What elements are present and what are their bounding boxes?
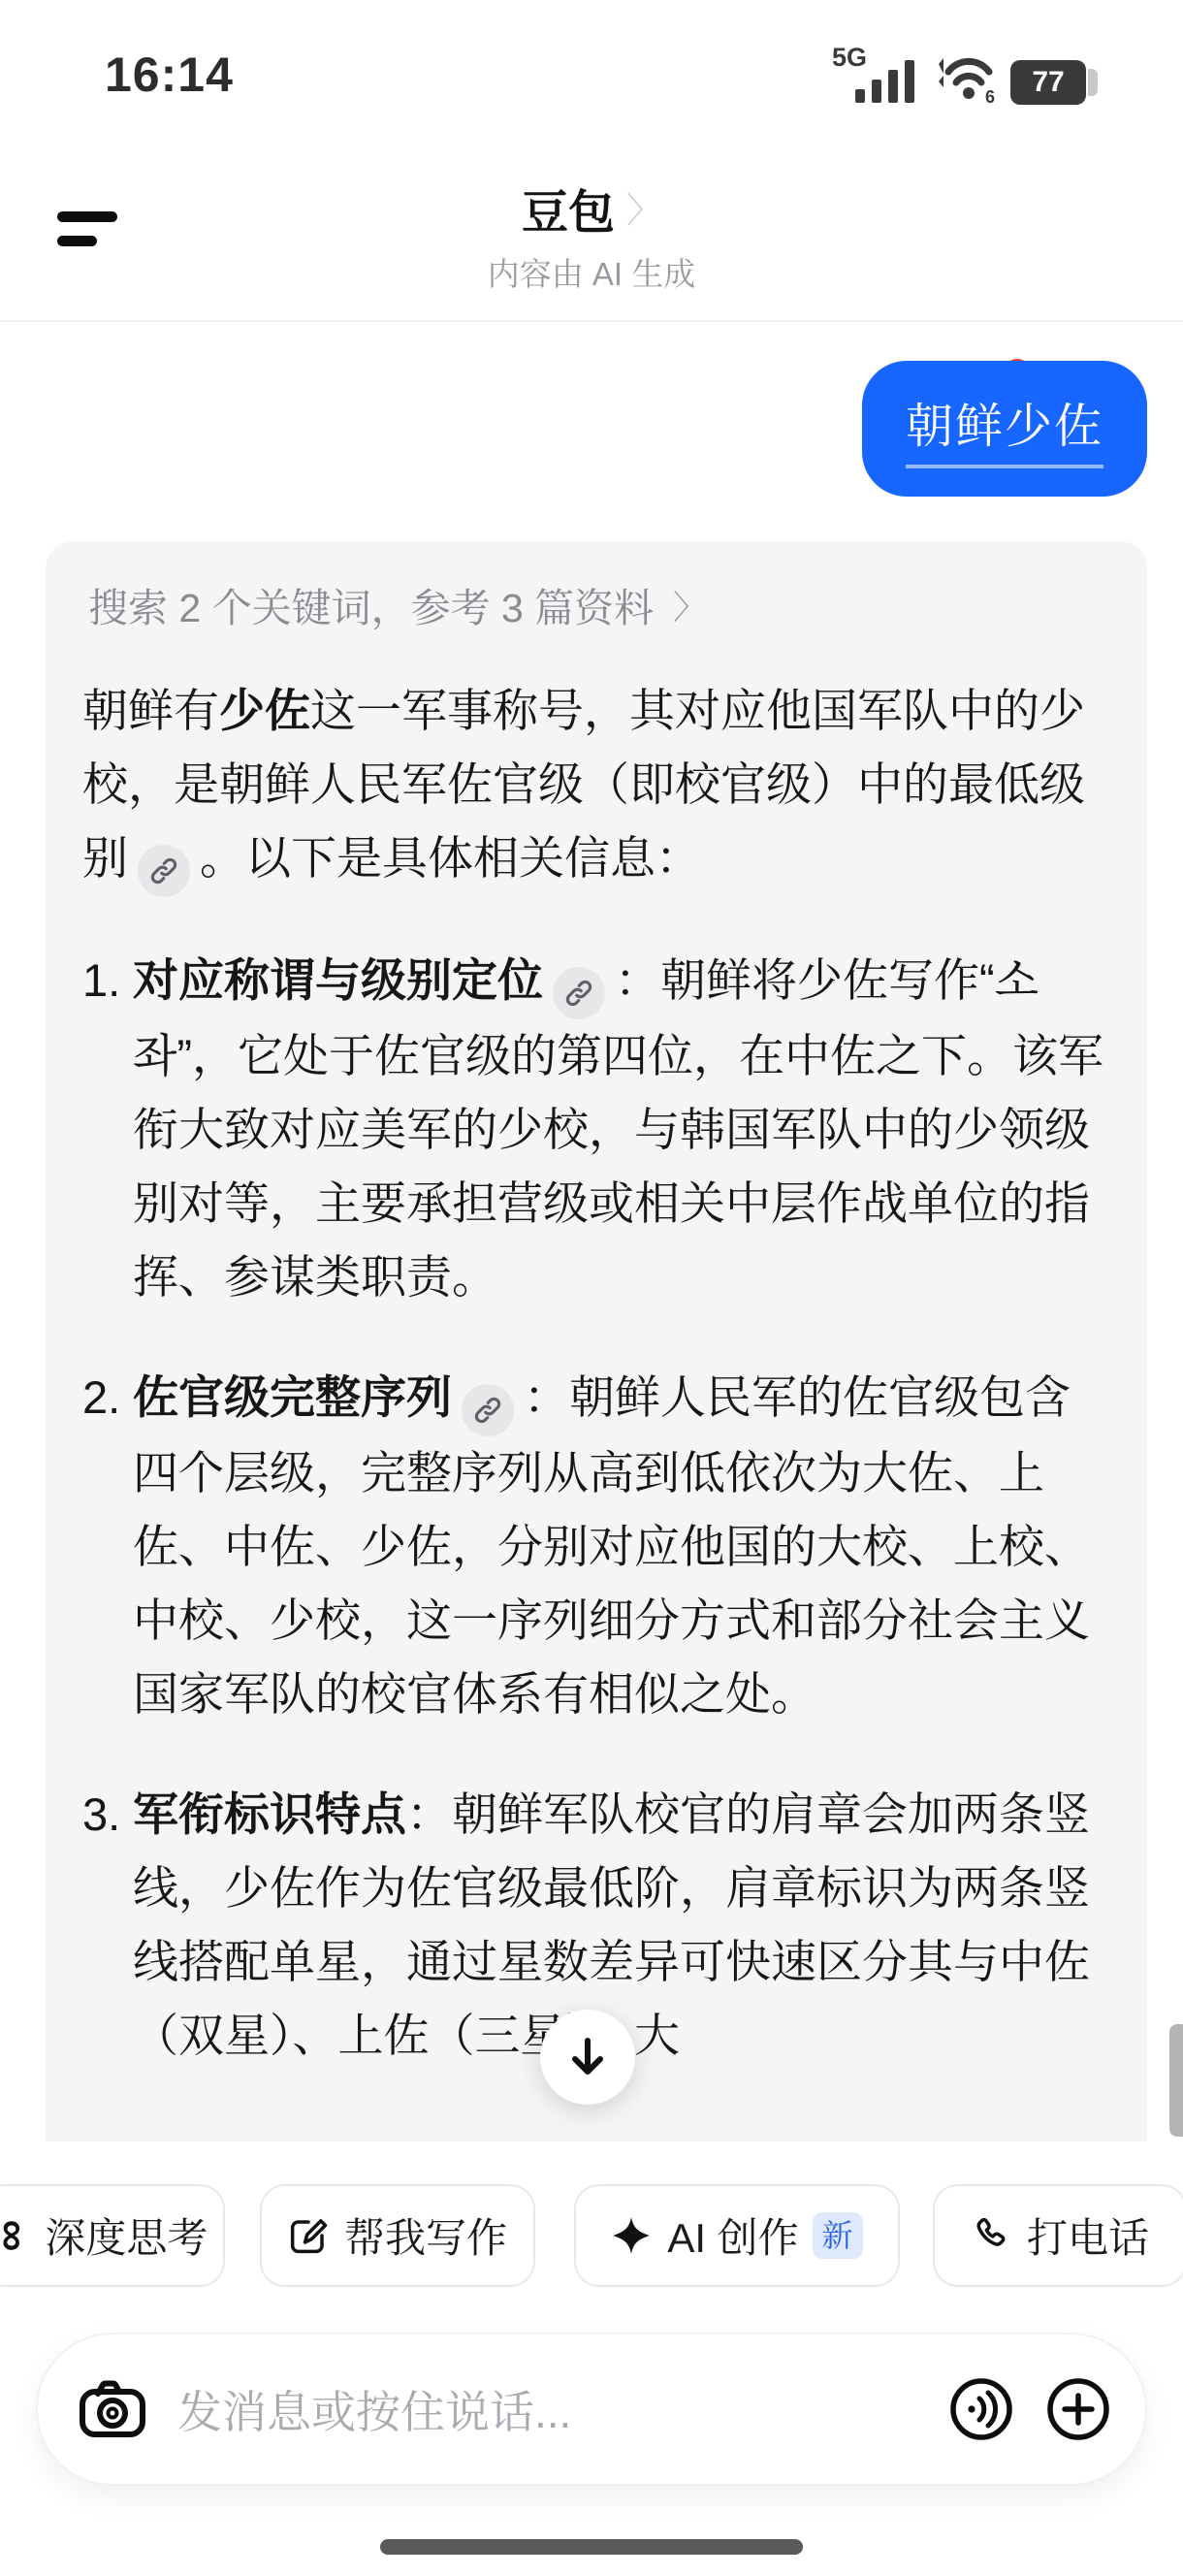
scrollbar-thumb[interactable] [1169,2024,1183,2137]
menu-icon[interactable] [57,211,117,246]
make-call-chip[interactable]: 打电话 [933,2184,1183,2287]
ai-create-chip[interactable]: AI 创作 新 [574,2184,900,2287]
cellular-signal-icon: 5G [832,45,915,105]
citation-link-icon[interactable] [462,1384,514,1436]
help-me-write-chip[interactable]: 帮我写作 [260,2184,535,2287]
answer-list: 1. 对应称谓与级别定位：朝鲜将少佐写作“소좌”，它处于佐官级的第四位，在中佐之… [82,944,1106,2073]
user-message-text: 朝鲜少佐 [906,389,1103,468]
intro-paragraph: 朝鲜有少佐这一军事称号，其对应他国军队中的少校，是朝鲜人民军佐官级（即校官级）中… [82,674,1106,897]
item-number: 1. [82,944,133,1314]
intro-bold: 少佐 [219,685,310,736]
status-bar: 16:14 5G 6 77 [0,41,1183,109]
header-title-block[interactable]: 豆包 〉 内容由 AI 生成 [488,175,696,295]
search-summary-row[interactable]: 搜索 2 个关键词，参考 3 篇资料 〉 [88,576,1106,633]
list-item: 2. 佐官级完整序列：朝鲜人民军的佐官级包含四个层级，完整序列从高到低依次为大佐… [82,1361,1106,1731]
camera-icon[interactable] [77,2378,148,2440]
message-input-placeholder[interactable]: 发消息或按住说话... [177,2377,918,2441]
item-title: 军衔标识特点 [133,1788,406,1840]
sparkle-icon [611,2215,652,2256]
quick-action-toolbar: ∞ 深度思考 帮我写作 AI 创作 新 打电话 [0,2184,1183,2287]
new-badge: 新 [813,2212,863,2259]
home-indicator[interactable] [380,2539,803,2555]
ai-message-card: 搜索 2 个关键词，参考 3 篇资料 〉 朝鲜有少佐这一军事称号，其对应他国军队… [46,541,1147,2141]
battery-icon: 77 [1010,60,1086,105]
deep-think-icon: ∞ [0,2220,36,2252]
user-message-bubble[interactable]: 朝鲜少佐 [862,361,1147,497]
intro-post: 。以下是具体相关信息： [200,832,701,884]
item-text: ：朝鲜人民军的佐官级包含四个层级，完整序列从高到低依次为大佐、上佐、中佐、少佐，… [133,1371,1090,1720]
item-number: 3. [82,1778,133,2073]
status-icons: 5G 6 77 [832,45,1086,105]
page-title: 豆包 [522,175,615,241]
citation-link-icon[interactable] [553,967,605,1019]
arrow-down-icon [564,2034,611,2080]
ai-disclaimer: 内容由 AI 生成 [488,249,696,295]
item-title: 对应称谓与级别定位 [133,954,543,1006]
item-title: 佐官级完整序列 [133,1371,452,1423]
chevron-right-icon: 〉 [626,183,661,233]
signal-bars-icon [855,60,915,103]
compose-icon [288,2215,329,2256]
chip-label: AI 创作 [667,2206,798,2265]
item-body: 佐官级完整序列：朝鲜人民军的佐官级包含四个层级，完整序列从高到低依次为大佐、上佐… [133,1361,1106,1731]
intro-pre: 朝鲜有 [82,685,219,736]
search-summary-text: 搜索 2 个关键词，参考 3 篇资料 [88,576,654,633]
scroll-to-bottom-button[interactable] [540,2010,635,2105]
chip-label: 打电话 [1027,2206,1149,2265]
citation-link-icon[interactable] [138,845,190,897]
chevron-right-icon: 〉 [673,581,706,628]
wifi-icon: 6 [931,50,995,105]
chat-header: 豆包 〉 内容由 AI 生成 [0,173,1183,322]
wifi-6-label: 6 [985,87,995,105]
item-body: 对应称谓与级别定位：朝鲜将少佐写作“소좌”，它处于佐官级的第四位，在中佐之下。该… [133,944,1106,1314]
phone-icon [971,2215,1011,2256]
item-number: 2. [82,1361,133,1731]
header-divider [0,320,1183,322]
plus-icon[interactable] [1044,2375,1112,2443]
list-item: 1. 对应称谓与级别定位：朝鲜将少佐写作“소좌”，它处于佐官级的第四位，在中佐之… [82,944,1106,1314]
chip-label: 帮我写作 [344,2206,507,2265]
chip-label: 深度思考 [45,2206,208,2265]
message-input-bar[interactable]: 发消息或按住说话... [36,2333,1147,2486]
voice-call-icon[interactable] [947,2375,1015,2443]
deep-think-chip[interactable]: ∞ 深度思考 [0,2184,225,2287]
item-text: ：朝鲜将少佐写作“소좌”，它处于佐官级的第四位，在中佐之下。该军衔大致对应美军的… [133,954,1103,1303]
status-time: 16:14 [105,47,234,103]
